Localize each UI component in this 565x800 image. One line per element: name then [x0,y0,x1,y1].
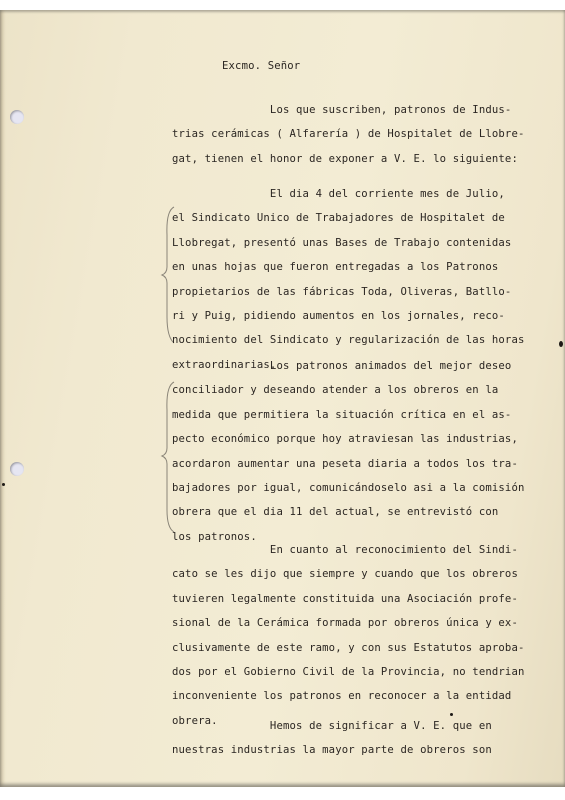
text-line: el Sindicato Unico de Trabajadores de Ho… [172,212,505,224]
punch-hole-top [10,110,24,124]
text-line: pecto económico porque hoy atraviesan la… [172,433,518,445]
text-line: Los que suscriben, patronos de Indus- [172,104,511,116]
text-line: acordaron aumentar una peseta diaria a t… [172,458,518,470]
text-line: tuvieren legalmente constituida una Asoc… [172,593,518,605]
text-line: los patronos. [172,531,257,543]
typed-letter-page: Excmo. Señor Los que suscriben, patronos… [0,10,565,787]
text-line: en unas hojas que fueron entregadas a lo… [172,261,498,273]
punch-hole-bottom [10,462,24,476]
text-line: clusivamente de este ramo, y con sus Est… [172,642,525,654]
text-line: nuestras industrias la mayor parte de ob… [172,744,492,756]
text-line: En cuanto al reconocimiento del Sindi- [172,544,518,556]
text-line: Los patronos animados del mejor deseo [172,360,511,372]
text-line: trias cerámicas ( Alfarería ) de Hospita… [172,128,525,140]
text-line: propietarios de las fábricas Toda, Olive… [172,286,511,298]
ink-spot [450,713,453,716]
text-line: Llobregat, presentó unas Bases de Trabaj… [172,237,511,249]
text-line: cato se les dijo que siempre y cuando qu… [172,568,518,580]
pencil-bracket-paragraph-2 [160,205,180,355]
text-line: sional de la Cerámica formada por obrero… [172,617,518,629]
text-line: obrera que el dia 11 del actual, se entr… [172,506,498,518]
text-line: dos por el Gobierno Civil de la Provinci… [172,666,525,678]
text-line: Hemos de significar a V. E. que en [172,720,492,732]
text-line: inconveniente los patronos en reconocer … [172,690,511,702]
text-line: conciliador y deseando atender a los obr… [172,384,498,396]
salutation: Excmo. Señor [222,60,300,72]
text-line: El dia 4 del corriente mes de Julio, [172,188,505,200]
ink-spot [2,483,5,486]
text-line: bajadores por igual, comunicándoselo asi… [172,482,525,494]
text-line: medida que permitiera la situación críti… [172,409,511,421]
text-line: ri y Puig, pidiendo aumentos en los jorn… [172,310,505,322]
text-line: nocimiento del Sindicato y regularizació… [172,334,525,346]
ink-spot [559,341,563,347]
text-line: gat, tienen el honor de exponer a V. E. … [172,153,518,165]
